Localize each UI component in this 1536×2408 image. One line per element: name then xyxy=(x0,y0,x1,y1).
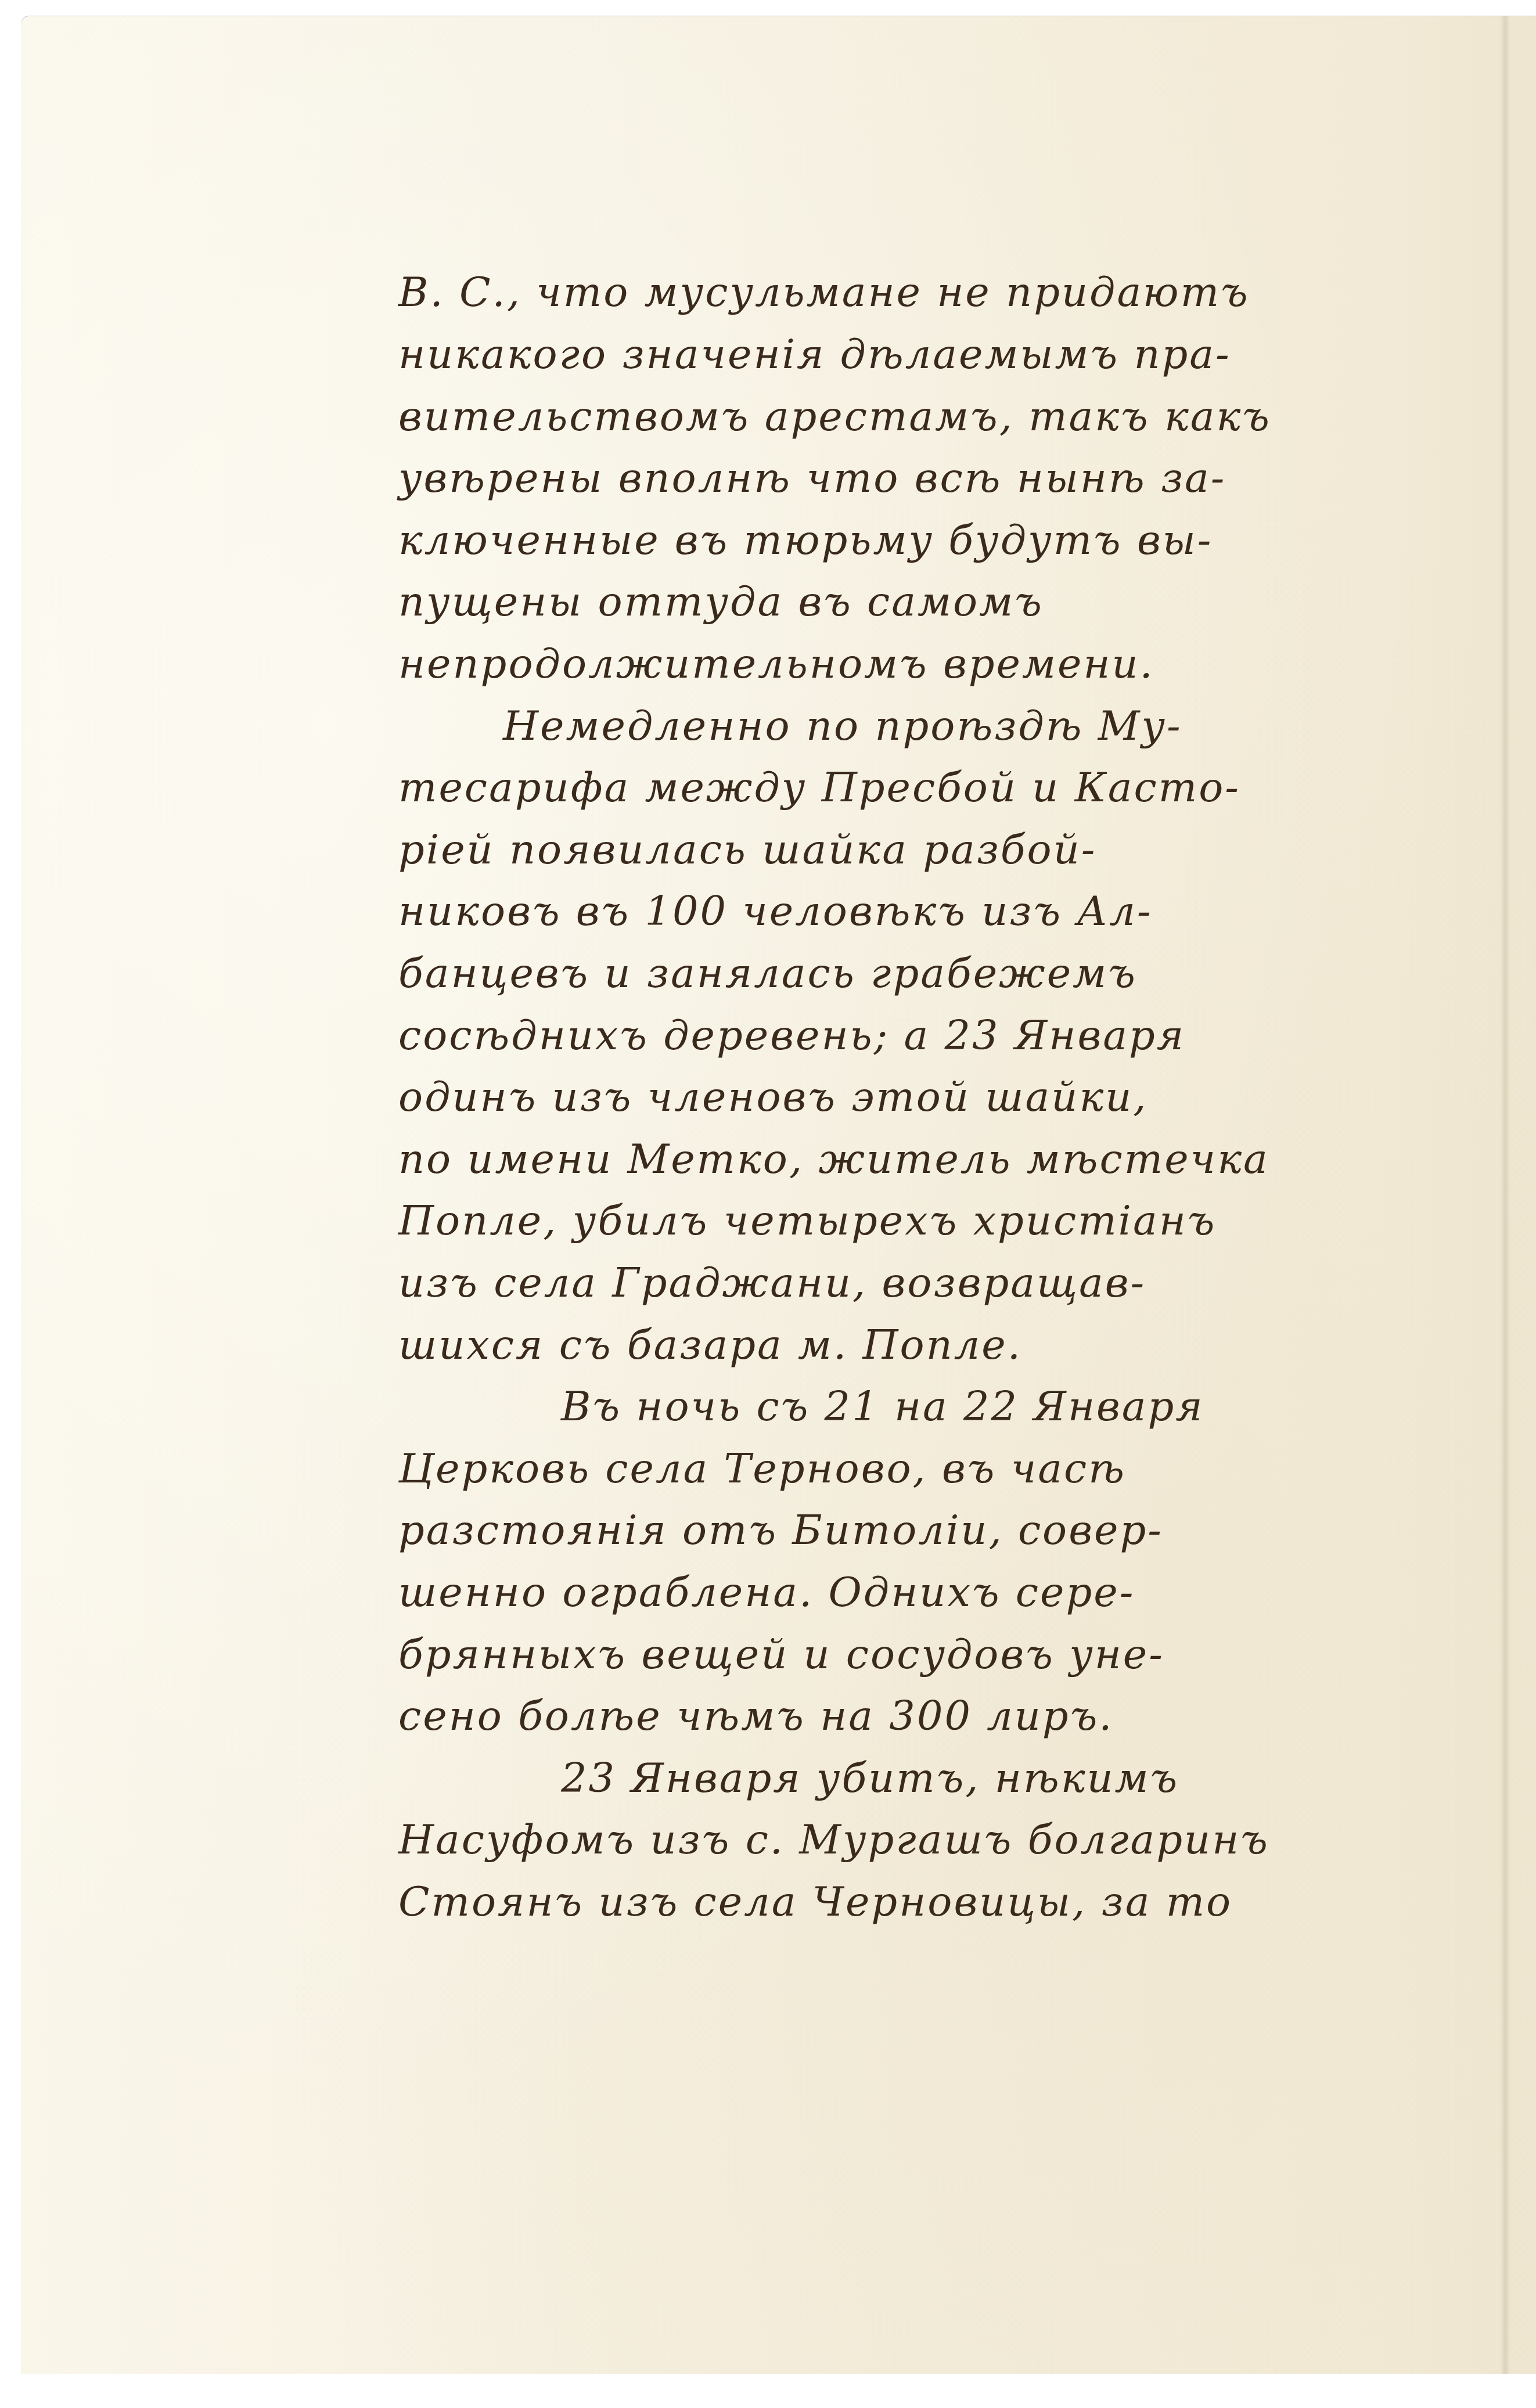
text-line: разстоянія отъ Битоліи, совер- xyxy=(398,1510,1502,1550)
text-line: В. С., что мусульмане не придаютъ xyxy=(398,272,1502,312)
paragraph-start-line: 23 Января убитъ, нѣкимъ xyxy=(561,1758,1536,1798)
text-line: сено болѣе чѣмъ на 300 лиръ. xyxy=(398,1696,1502,1736)
text-line: одинъ изъ членовъ этой шайки, xyxy=(398,1077,1502,1117)
text-line: брянныхъ вещей и сосудовъ уне- xyxy=(398,1634,1502,1675)
text-line: Насуфомъ изъ с. Мургашъ болгаринъ xyxy=(398,1819,1502,1860)
text-line: непродолжительномъ времени. xyxy=(398,643,1502,684)
handwritten-text-block: В. С., что мусульмане не придаютъ никако… xyxy=(21,16,1536,2374)
text-line: шихся съ базара м. Попле. xyxy=(398,1324,1502,1365)
text-line: банцевъ и занялась грабежемъ xyxy=(398,953,1502,994)
text-line: увѣрены вполнѣ что всѣ нынѣ за- xyxy=(398,458,1502,498)
text-line: шенно ограблена. Однихъ сере- xyxy=(398,1572,1502,1612)
text-line: ключенные въ тюрьму будутъ вы- xyxy=(398,520,1502,560)
text-line: Церковь села Терново, въ часѣ xyxy=(398,1448,1502,1489)
text-line: тесарифа между Пресбой и Касто- xyxy=(398,767,1502,808)
text-line: никовъ въ 100 человѣкъ изъ Ал- xyxy=(398,891,1502,931)
text-line: пущены оттуда въ самомъ xyxy=(398,581,1502,622)
paragraph-start-line: Въ ночь съ 21 на 22 Января xyxy=(561,1386,1536,1427)
text-line: по имени Метко, житель мѣстечка xyxy=(398,1139,1502,1179)
text-line: Стоянъ изъ села Черновицы, за то xyxy=(398,1881,1502,1922)
text-line: вительствомъ арестамъ, такъ какъ xyxy=(398,396,1502,437)
text-line: изъ села Граджани, возвращав- xyxy=(398,1262,1502,1303)
text-line: сосѣднихъ деревень; а 23 Января xyxy=(398,1015,1502,1056)
text-line: Попле, убилъ четырехъ христіанъ xyxy=(398,1200,1502,1241)
paragraph-start-line: Немедленно по проѣздѣ Му- xyxy=(503,706,1536,746)
manuscript-page: В. С., что мусульмане не придаютъ никако… xyxy=(21,16,1536,2374)
text-line: ріей появилась шайка разбой- xyxy=(398,829,1502,870)
text-line: никакого значенія дѣлаемымъ пра- xyxy=(398,334,1502,375)
